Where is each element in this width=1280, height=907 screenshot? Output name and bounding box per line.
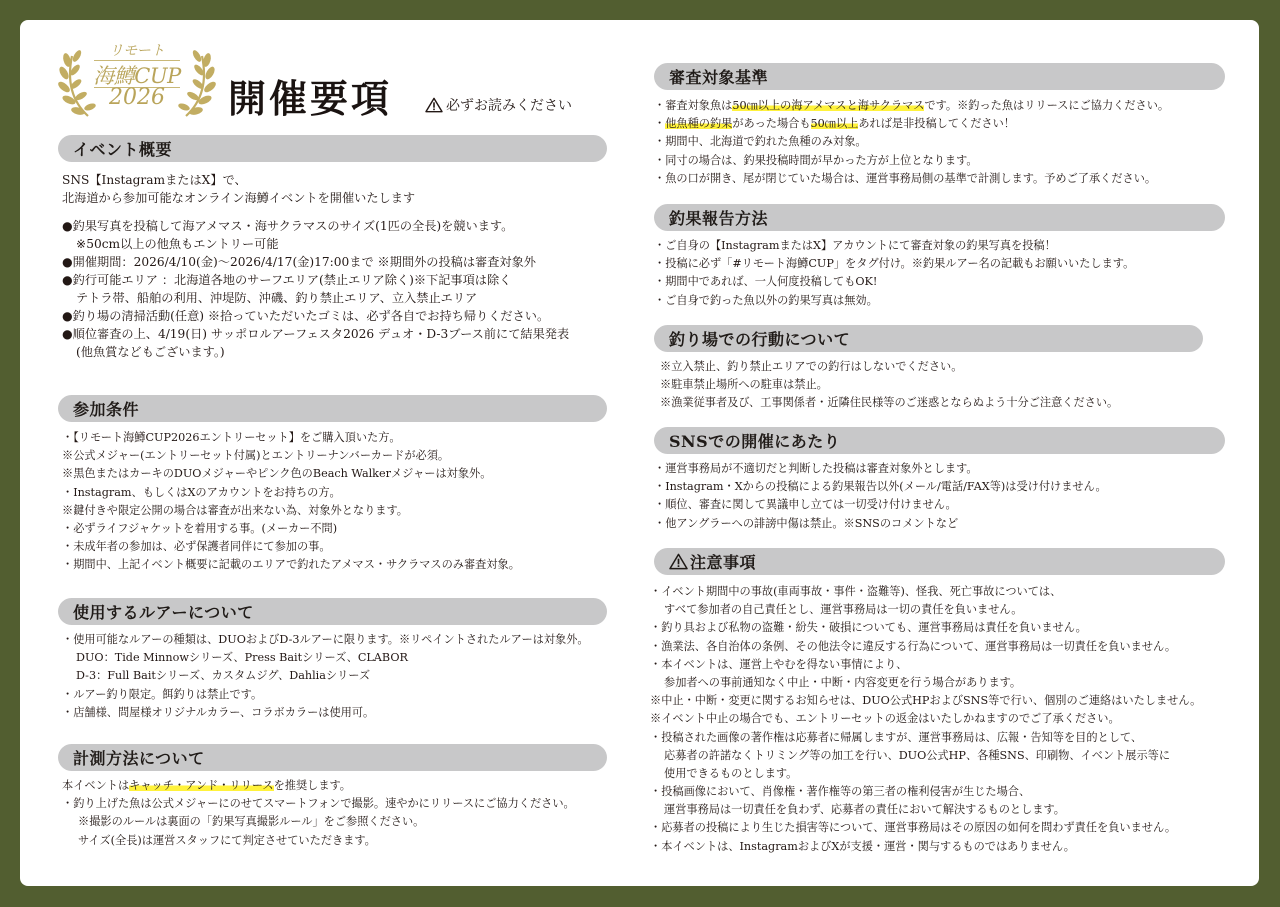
flyer-card: リモート 海鱒CUP 2026 開催要項 必ずお読みください イベント概要 SN… [20, 20, 1259, 886]
report-item: ・投稿に必ず「#リモート海鱒CUP」をタグ付け。※釣果ルアー名の記載もお願いいた… [654, 255, 1134, 273]
criteria-body: ・審査対象魚は50㎝以上の海アメマスと海サクラマスです。※釣った魚はリリースにご… [654, 97, 1169, 188]
intro-line: 北海道から参加可能なオンライン海鱒イベントを開催いたします [62, 189, 569, 207]
notes-item: 運営事務局は一切責任を負わず、応募者の責任において解決するものとします。 [650, 801, 1201, 819]
lure-item: ・使用可能なルアーの種類は、DUOおよびD-3ルアーに限ります。※リペイントされ… [62, 631, 589, 649]
highlight-target-fish: 50㎝以上の海アメマスと海サクラマス [732, 99, 924, 112]
criteria-item: ・魚の口が開き、尾が閉じていた場合は、運営事務局側の基準で計測します。予めご了承… [654, 170, 1169, 188]
section-title: 審査対象基準 [669, 65, 768, 88]
report-item: ・期間中であれば、一人何度投稿してもOK! [654, 273, 1134, 291]
text-segment: ・ [654, 117, 665, 130]
text-segment: ・審査対象魚は [654, 99, 732, 112]
overview-item: (他魚賞などもございます。) [62, 343, 569, 361]
participation-item: ※黒色またはカーキのDUOメジャーやピンク色のBeach Walkerメジャーは… [62, 465, 520, 483]
notes-item: 応募者の許諾なくトリミング等の加工を行い、DUO公式HP、各種SNS、印刷物、イ… [650, 747, 1201, 765]
text-segment: を推奨します。 [274, 779, 351, 792]
notes-item: 参加者への事前通知なく中止・中断・内容変更を行う場合があります。 [650, 674, 1201, 692]
event-overview-body: SNS【InstagramまたはX】で、 北海道から参加可能なオンライン海鱒イベ… [62, 171, 569, 361]
notes-body: ・イベント期間中の事故(車両事故・事件・盗難等)、怪我、死亡事故については、 す… [650, 583, 1201, 856]
report-body: ・ご自身の【InstagramまたはX】アカウントにて審査対象の釣果写真を投稿！… [654, 237, 1134, 310]
section-title: 参加条件 [73, 397, 139, 420]
section-title: 釣果報告方法 [669, 206, 768, 229]
lure-item: ・店舗様、問屋様オリジナルカラー、コラボカラーは使用可。 [62, 704, 589, 722]
highlight-50cm: 50㎝以上 [811, 117, 859, 130]
notes-item: ※中止・中断・変更に関するお知らせは、DUO公式HPおよびSNS等で行い、個別の… [650, 692, 1201, 710]
notes-item: ・釣り具および私物の盗難・紛失・破損についても、運営事務局は責任を負いません。 [650, 619, 1201, 637]
overview-item: ●釣り場の清掃活動(任意) ※拾っていただいたゴミは、必ず各自でお持ち帰りくださ… [62, 307, 569, 325]
text-segment: 本イベントは [62, 779, 129, 792]
must-read-notice: 必ずお読みください [425, 95, 572, 115]
notes-item: ・投稿された画像の著作権は応募者に帰属しますが、運営事務局は、広報・告知等を目的… [650, 729, 1201, 747]
logo-line-remote: リモート [58, 40, 216, 60]
measurement-item: ※撮影のルールは裏面の「釣果写真撮影ルール」をご参照ください。 [62, 813, 575, 831]
intro-line: SNS【InstagramまたはX】で、 [62, 171, 569, 189]
notes-item: ※イベント中止の場合でも、エントリーセットの返金はいたしかねますのでご了承くださ… [650, 710, 1201, 728]
participation-item: ・期間中、上記イベント概要に記載のエリアで釣れたアメマス・サクラマスのみ審査対象… [62, 556, 520, 574]
highlight-other-species: 他魚種の釣果 [665, 117, 732, 130]
section-header-sns: SNSでの開催にあたり [654, 427, 1225, 454]
notes-item: ・本イベントは、InstagramおよびXが支援・運営・関与するものではありませ… [650, 838, 1201, 856]
lures-body: ・使用可能なルアーの種類は、DUOおよびD-3ルアーに限ります。※リペイントされ… [62, 631, 589, 722]
notes-item: ・応募者の投稿により生じた損害等について、運営事務局はその原因の如何を問わず責任… [650, 819, 1201, 837]
section-title: SNSでの開催にあたり [669, 429, 840, 452]
participation-item: ※公式メジャー(エントリーセット付属)とエントリーナンバーカードが必須。 [62, 447, 520, 465]
page-title: 開催要項 [228, 68, 392, 123]
notes-item: 使用できるものとします。 [650, 765, 1201, 783]
measurement-intro: 本イベントはキャッチ・アンド・リリースを推奨します。 [62, 777, 575, 795]
section-title: イベント概要 [73, 137, 172, 160]
sns-item: ・順位、審査に関して異議申し立ては一切受け付けません。 [654, 496, 1107, 514]
conduct-item: ※駐車禁止場所への駐車は禁止。 [660, 376, 1118, 394]
notes-item: ・イベント期間中の事故(車両事故・事件・盗難等)、怪我、死亡事故については、 [650, 583, 1201, 601]
lure-item: D-3：Full Baitシリーズ、カスタムジグ、Dahliaシリーズ [62, 667, 589, 685]
participation-body: ・【リモート海鱒CUP2026エントリーセット】をご購入頂いた方。 ※公式メジャ… [62, 429, 520, 575]
section-header-notes: 注意事項 [654, 548, 1225, 575]
overview-item: ●釣行可能エリア ：北海道各地のサーフエリア(禁止エリア除く)※下記事項は除く [62, 271, 569, 289]
section-header-participation: 参加条件 [58, 395, 607, 422]
conduct-body: ※立入禁止、釣り禁止エリアでの釣行はしないでください。 ※駐車禁止場所への駐車は… [660, 358, 1118, 413]
participation-item: ・未成年者の参加は、必ず保護者同伴にて参加の事。 [62, 538, 520, 556]
overview-item: テトラ帯、船舶の利用、沖堤防、沖磯、釣り禁止エリア、立入禁止エリア [62, 289, 569, 307]
section-header-report: 釣果報告方法 [654, 204, 1225, 231]
sns-body: ・運営事務局が不適切だと判断した投稿は審査対象外とします。 ・Instagram… [654, 460, 1107, 533]
criteria-item: ・期間中、北海道で釣れた魚種のみ対象。 [654, 133, 1169, 151]
highlight-catch-and-release: キャッチ・アンド・リリース [129, 779, 273, 792]
criteria-item: ・他魚種の釣果があった場合も50㎝以上あれば是非投稿してください！ [654, 115, 1169, 133]
must-read-label: 必ずお読みください [446, 95, 572, 115]
section-header-event-overview: イベント概要 [58, 135, 607, 162]
section-title: 計測方法について [73, 746, 205, 769]
section-header-conduct: 釣り場での行動について [654, 325, 1203, 352]
overview-item: ※50cm以上の他魚もエントリー可能 [62, 235, 569, 253]
overview-item: ●釣果写真を投稿して海アメマス・海サクラマスのサイズ(1匹の全長)を競います。 [62, 217, 569, 235]
notes-item: ・漁業法、各自治体の条例、その他法令に違反する行為について、運営事務局は一切責任… [650, 638, 1201, 656]
warning-icon [425, 97, 443, 113]
measurement-item: サイズ(全長)は運営スタッフにて判定させていただきます。 [62, 832, 575, 850]
text-segment: あれば是非投稿してください！ [858, 117, 1015, 130]
section-header-lures: 使用するルアーについて [58, 598, 607, 625]
sns-item: ・運営事務局が不適切だと判断した投稿は審査対象外とします。 [654, 460, 1107, 478]
section-title: 使用するルアーについて [73, 600, 254, 623]
conduct-item: ※漁業従事者及び、工事関係者・近隣住民様等のご迷惑とならぬよう十分ご注意ください… [660, 394, 1118, 412]
logo-line-year: 2026 [58, 85, 216, 110]
conduct-item: ※立入禁止、釣り禁止エリアでの釣行はしないでください。 [660, 358, 1118, 376]
notes-item: すべて参加者の自己責任とし、運営事務局は一切の責任を負いません。 [650, 601, 1201, 619]
section-header-criteria: 審査対象基準 [654, 63, 1225, 90]
report-item: ・ご自身の【InstagramまたはX】アカウントにて審査対象の釣果写真を投稿！ [654, 237, 1134, 255]
lure-item: DUO：Tide Minnowシリーズ、Press Baitシリーズ、CLABO… [62, 649, 589, 667]
notes-item: ・本イベントは、運営上やむを得ない事情により、 [650, 656, 1201, 674]
participation-item: ・必ずライフジャケットを着用する事。(メーカー不問) [62, 520, 520, 538]
participation-item: ※鍵付きや限定公開の場合は審査が出来ない為、対象外となります。 [62, 502, 520, 520]
section-title: 釣り場での行動について [669, 327, 850, 350]
lure-item: ・ルアー釣り限定。餌釣りは禁止です。 [62, 686, 589, 704]
text-segment: があった場合も [732, 117, 810, 130]
overview-item: ●順位審査の上、4/19(日) サッポロルアーフェスタ2026 デュオ・D-3ブ… [62, 325, 569, 343]
report-item: ・ご自身で釣った魚以外の釣果写真は無効。 [654, 292, 1134, 310]
warning-icon [669, 553, 688, 570]
criteria-item: ・審査対象魚は50㎝以上の海アメマスと海サクラマスです。※釣った魚はリリースにご… [654, 97, 1169, 115]
text-segment: です。※釣った魚はリリースにご協力ください。 [924, 99, 1169, 112]
event-logo: リモート 海鱒CUP 2026 [58, 38, 216, 120]
sns-item: ・他アングラーへの誹謗中傷は禁止。※SNSのコメントなど [654, 515, 1107, 533]
participation-item: ・【リモート海鱒CUP2026エントリーセット】をご購入頂いた方。 [62, 429, 520, 447]
criteria-item: ・同寸の場合は、釣果投稿時間が早かった方が上位となります。 [654, 152, 1169, 170]
section-title: 注意事項 [690, 550, 756, 573]
sns-item: ・Instagram・Xからの投稿による釣果報告以外(メール/電話/FAX等)は… [654, 478, 1107, 496]
overview-item: ●開催期間：2026/4/10(金)～2026/4/17(金)17:00まで ※… [62, 253, 569, 271]
participation-item: ・Instagram、もしくはXのアカウントをお持ちの方。 [62, 484, 520, 502]
notes-item: ・投稿画像において、肖像権・著作権等の第三者の権利侵害が生じた場合、 [650, 783, 1201, 801]
section-header-measurement: 計測方法について [58, 744, 607, 771]
measurement-item: ・釣り上げた魚は公式メジャーにのせてスマートフォンで撮影。速やかにリリースにご協… [62, 795, 575, 813]
measurement-body: 本イベントはキャッチ・アンド・リリースを推奨します。 ・釣り上げた魚は公式メジャ… [62, 777, 575, 850]
